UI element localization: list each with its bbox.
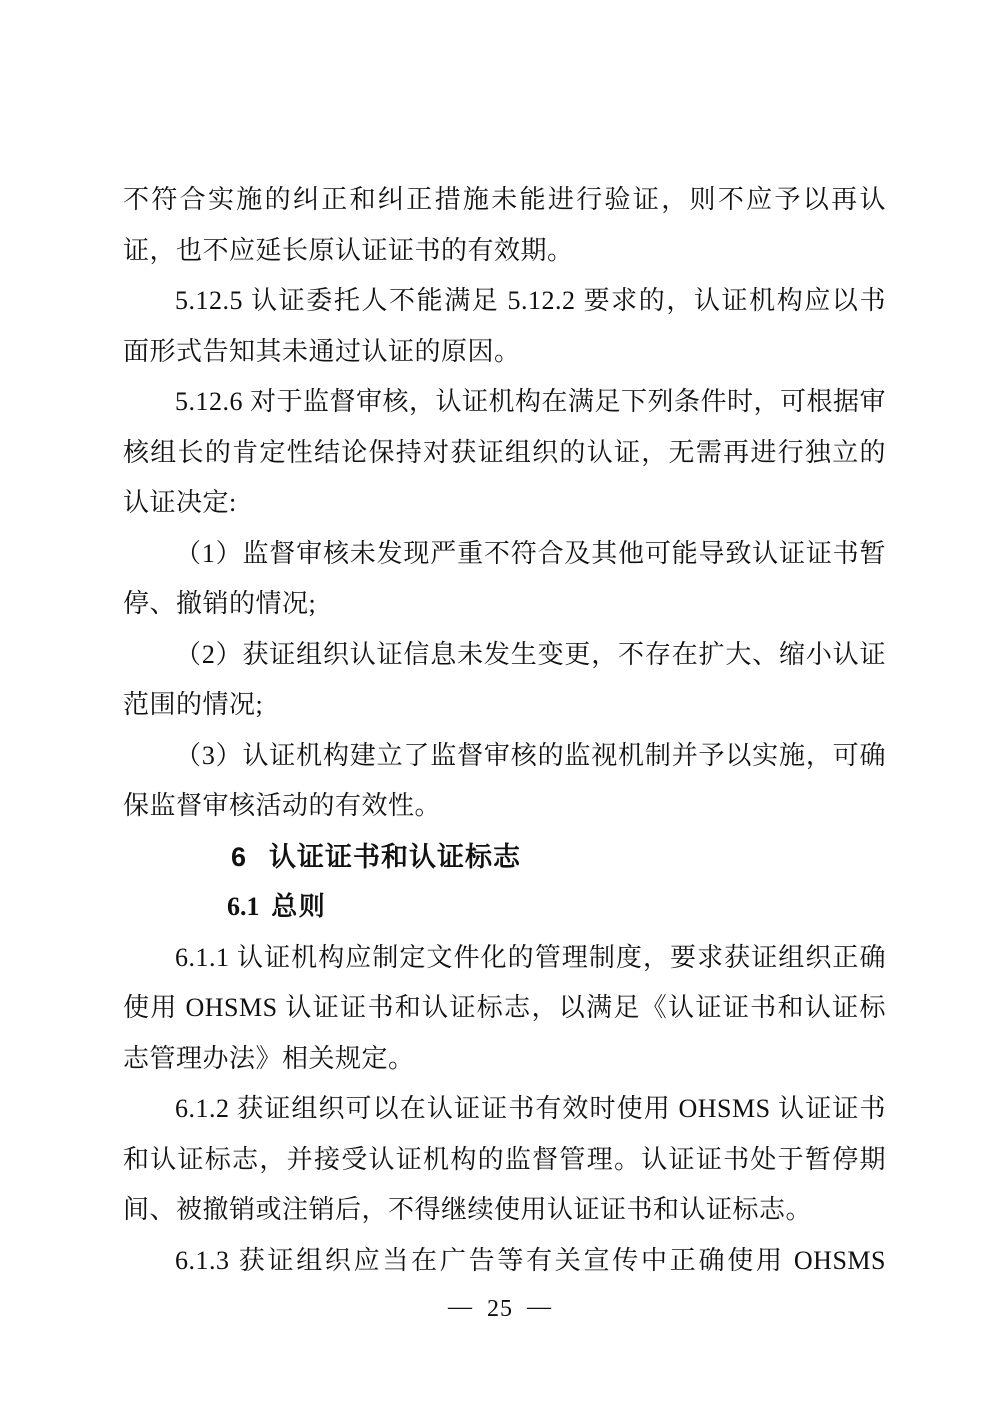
list-item-2: （2）获证组织认证信息未发生变更，不存在扩大、缩小认证范围的情况; xyxy=(123,630,886,731)
subsection-title: 总则 xyxy=(271,892,326,921)
paragraph-5-12-5: 5.12.5 认证委托人不能满足 5.12.2 要求的，认证机构应以书面形式告知… xyxy=(123,276,886,377)
section-number: 6 xyxy=(177,832,246,883)
list-item-1: （1）监督审核未发现严重不符合及其他可能导致认证证书暂停、撤销的情况; xyxy=(123,529,886,630)
list-item-3: （3）认证机构建立了监督审核的监视机制并予以实施，可确保监督审核活动的有效性。 xyxy=(123,731,886,832)
section-heading-6: 6认证证书和认证标志 xyxy=(123,832,886,883)
document-page: 不符合实施的纠正和纠正措施未能进行验证，则不应予以再认证，也不应延长原认证证书的… xyxy=(0,0,1000,1414)
paragraph-6-1-1: 6.1.1 认证机构应制定文件化的管理制度，要求获证组织正确使用 OHSMS 认… xyxy=(123,933,886,1085)
document-body: 不符合实施的纠正和纠正措施未能进行验证，则不应予以再认证，也不应延长原认证证书的… xyxy=(123,175,886,1286)
paragraph-5-12-6: 5.12.6 对于监督审核，认证机构在满足下列条件时，可根据审核组长的肯定性结论… xyxy=(123,377,886,529)
page-footer: —25— xyxy=(0,1292,1000,1326)
paragraph-6-1-3: 6.1.3 获证组织应当在广告等有关宣传中正确使用 OHSMS xyxy=(123,1236,886,1287)
footer-left-dash: — xyxy=(448,1290,473,1324)
subsection-number: 6.1 xyxy=(175,882,260,933)
paragraph-continuation: 不符合实施的纠正和纠正措施未能进行验证，则不应予以再认证，也不应延长原认证证书的… xyxy=(123,175,886,276)
page-number: 25 xyxy=(487,1296,513,1322)
footer-right-dash: — xyxy=(527,1290,552,1324)
subsection-heading-6-1: 6.1总则 xyxy=(123,882,886,933)
paragraph-6-1-2: 6.1.2 获证组织可以在认证证书有效时使用 OHSMS 认证证书和认证标志，并… xyxy=(123,1084,886,1236)
section-title: 认证证书和认证标志 xyxy=(269,842,521,872)
